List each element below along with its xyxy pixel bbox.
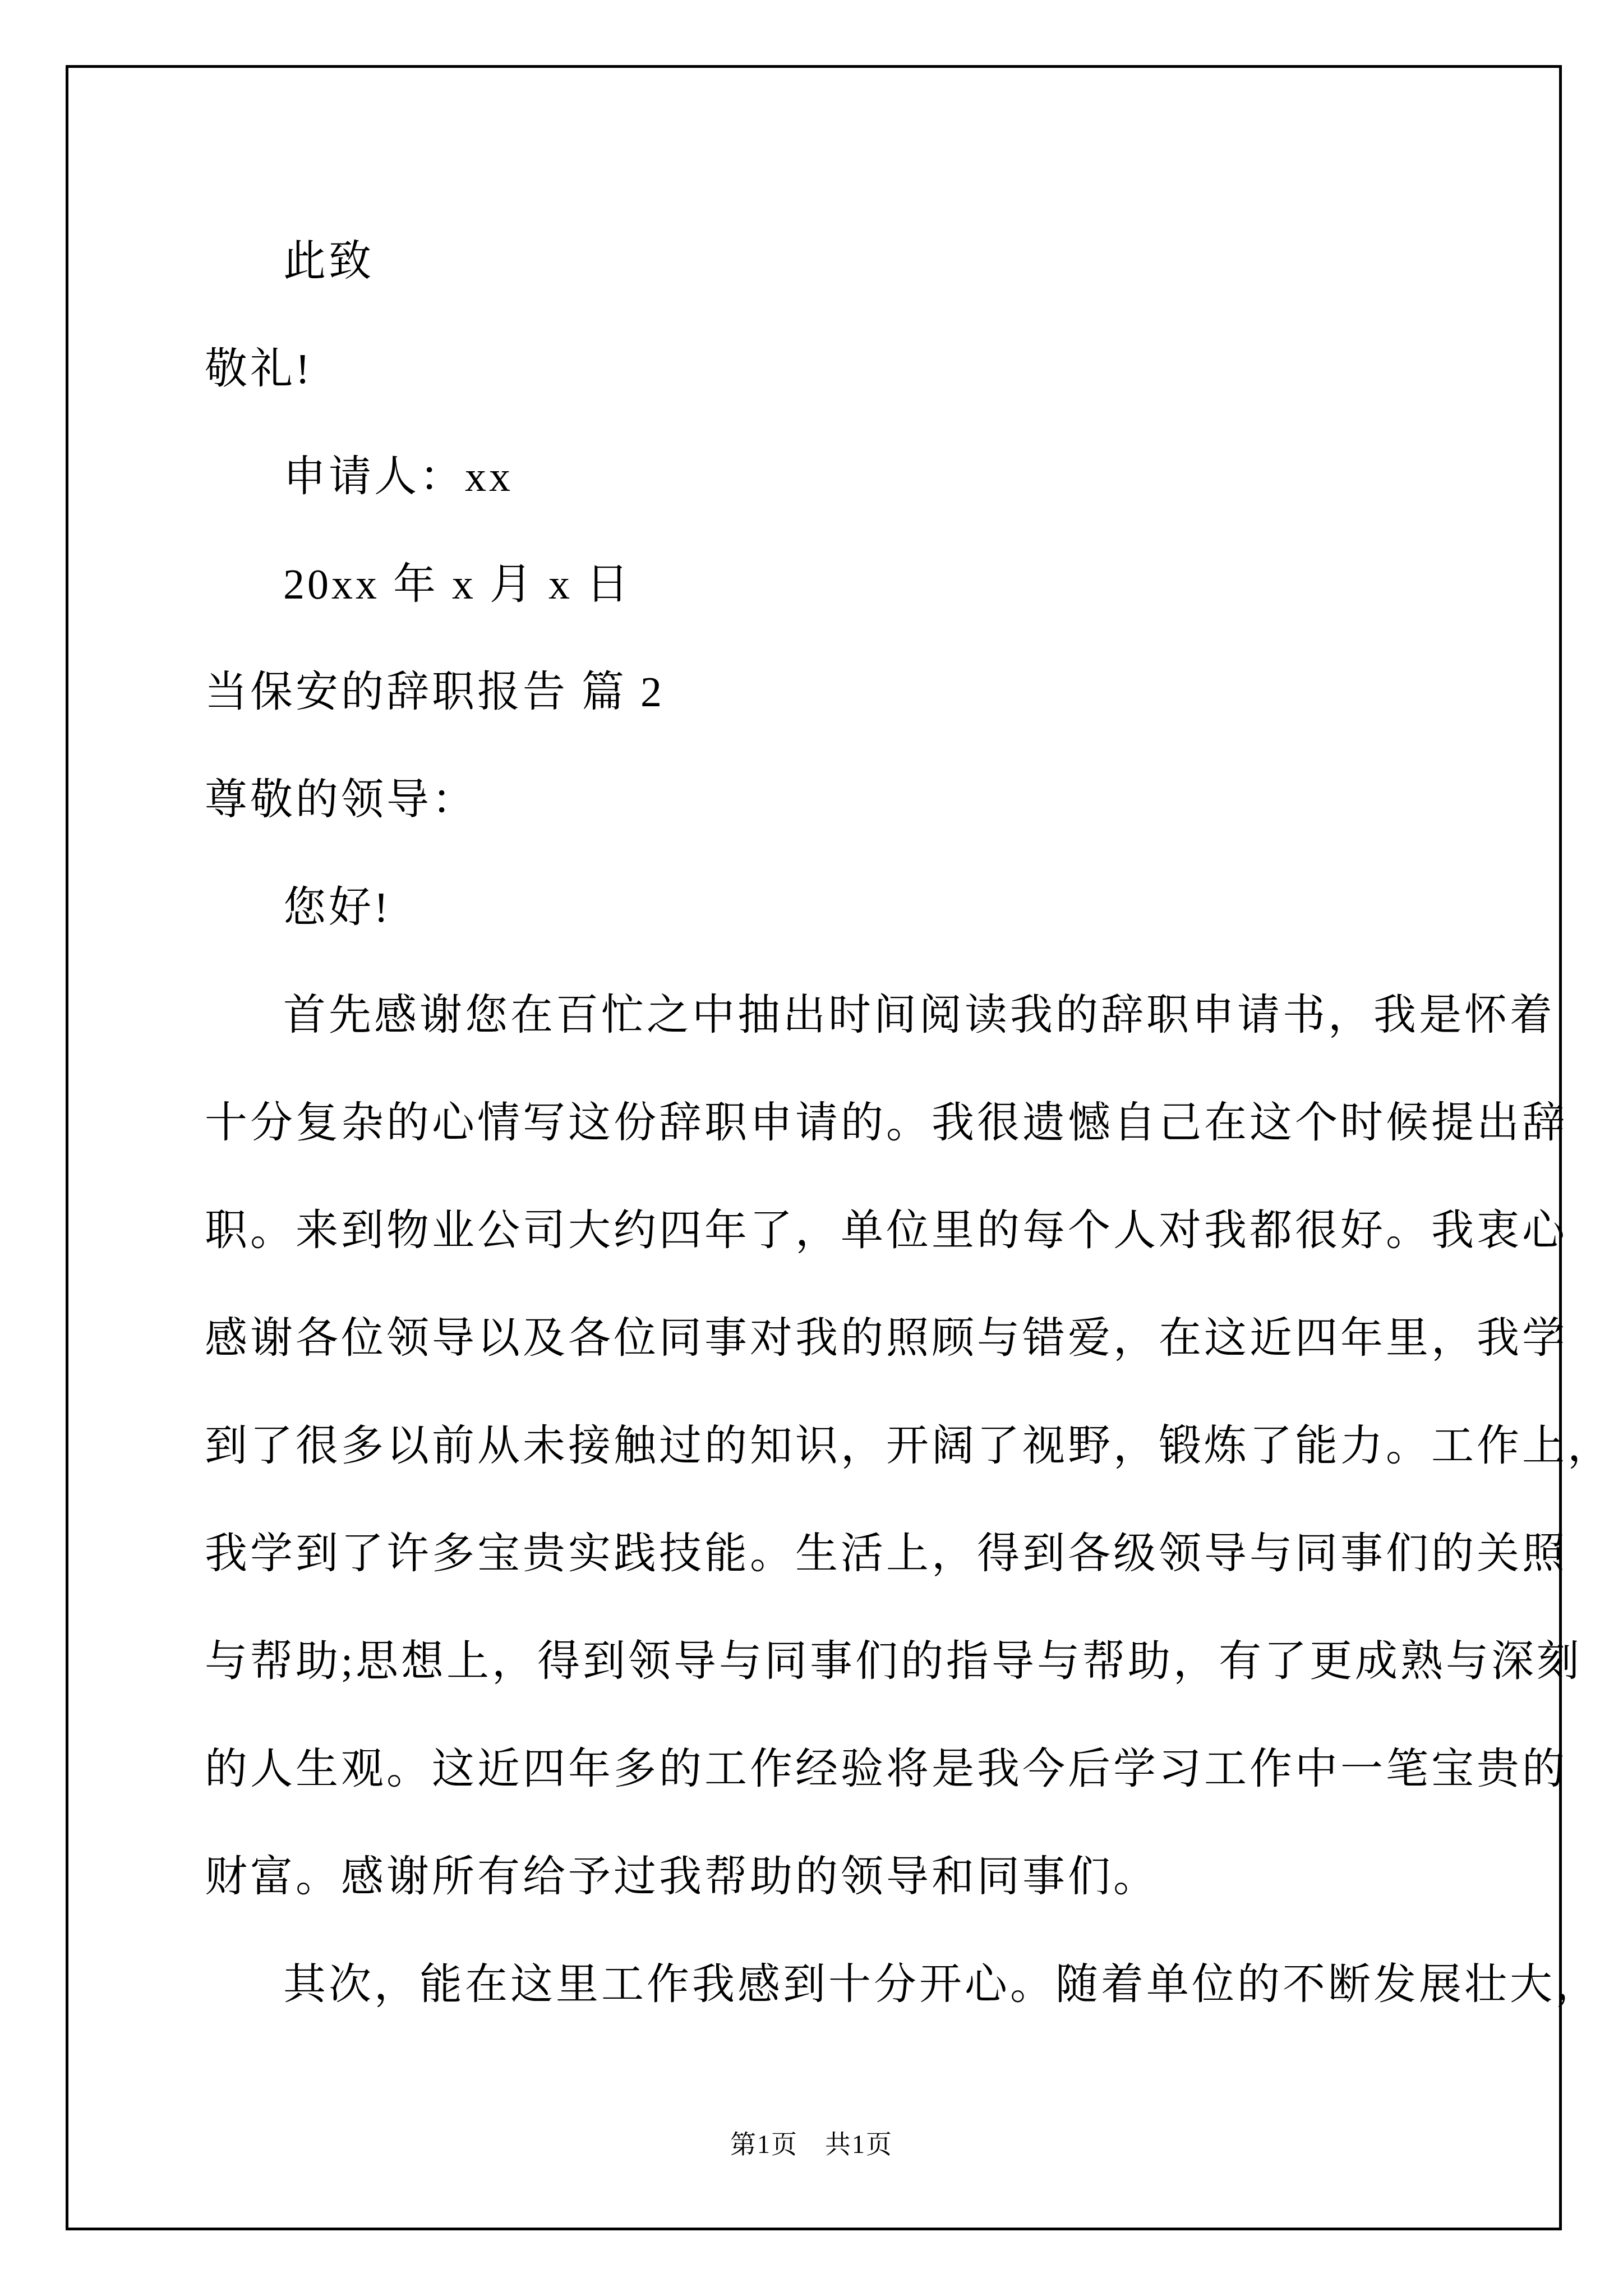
doc-line-addressee: 尊敬的领导： xyxy=(205,779,477,821)
doc-line-salute-cizhi: 此致 xyxy=(283,240,374,283)
doc-line-body-8: 的人生观。这近四年多的工作经验将是我今后学习工作中一笔宝贵的 xyxy=(205,1748,1567,1791)
doc-line-body-10: 其次，能在这里工作我感到十分开心。随着单位的不断发展壮大， xyxy=(283,1963,1601,2006)
doc-line-greeting: 您好! xyxy=(283,886,391,929)
doc-line-body-3: 职。来到物业公司大约四年了，单位里的每个人对我都很好。我衷心 xyxy=(205,1209,1567,1252)
doc-line-body-1: 首先感谢您在百忙之中抽出时间阅读我的辞职申请书，我是怀着 xyxy=(283,994,1555,1037)
doc-line-body-6: 我学到了许多宝贵实践技能。生活上，得到各级领导与同事们的关照 xyxy=(205,1533,1567,1575)
page-footer: 第1页 共1页 xyxy=(0,2132,1623,2157)
doc-line-date: 20xx 年 x 月 x 日 xyxy=(283,563,631,606)
doc-line-body-5: 到了很多以前从未接触过的知识，开阔了视野，锻炼了能力。工作上， xyxy=(205,1425,1613,1467)
document-page: 此致 敬礼! 申请人：xx 20xx 年 x 月 x 日 当保安的辞职报告 篇 … xyxy=(0,0,1623,2296)
doc-line-body-4: 感谢各位领导以及各位同事对我的照顾与错爱，在这近四年里，我学 xyxy=(205,1317,1567,1360)
doc-line-section-title: 当保安的辞职报告 篇 2 xyxy=(205,671,665,714)
doc-line-body-2: 十分复杂的心情写这份辞职申请的。我很遗憾自己在这个时候提出辞 xyxy=(205,1102,1567,1144)
doc-line-body-9: 财富。感谢所有给予过我帮助的领导和同事们。 xyxy=(205,1856,1159,1898)
doc-line-salute-jingli: 敬礼! xyxy=(205,348,312,390)
doc-line-applicant: 申请人：xx xyxy=(283,455,513,498)
doc-line-body-7: 与帮助;思想上，得到领导与同事们的指导与帮助，有了更成熟与深刻 xyxy=(205,1640,1582,1683)
